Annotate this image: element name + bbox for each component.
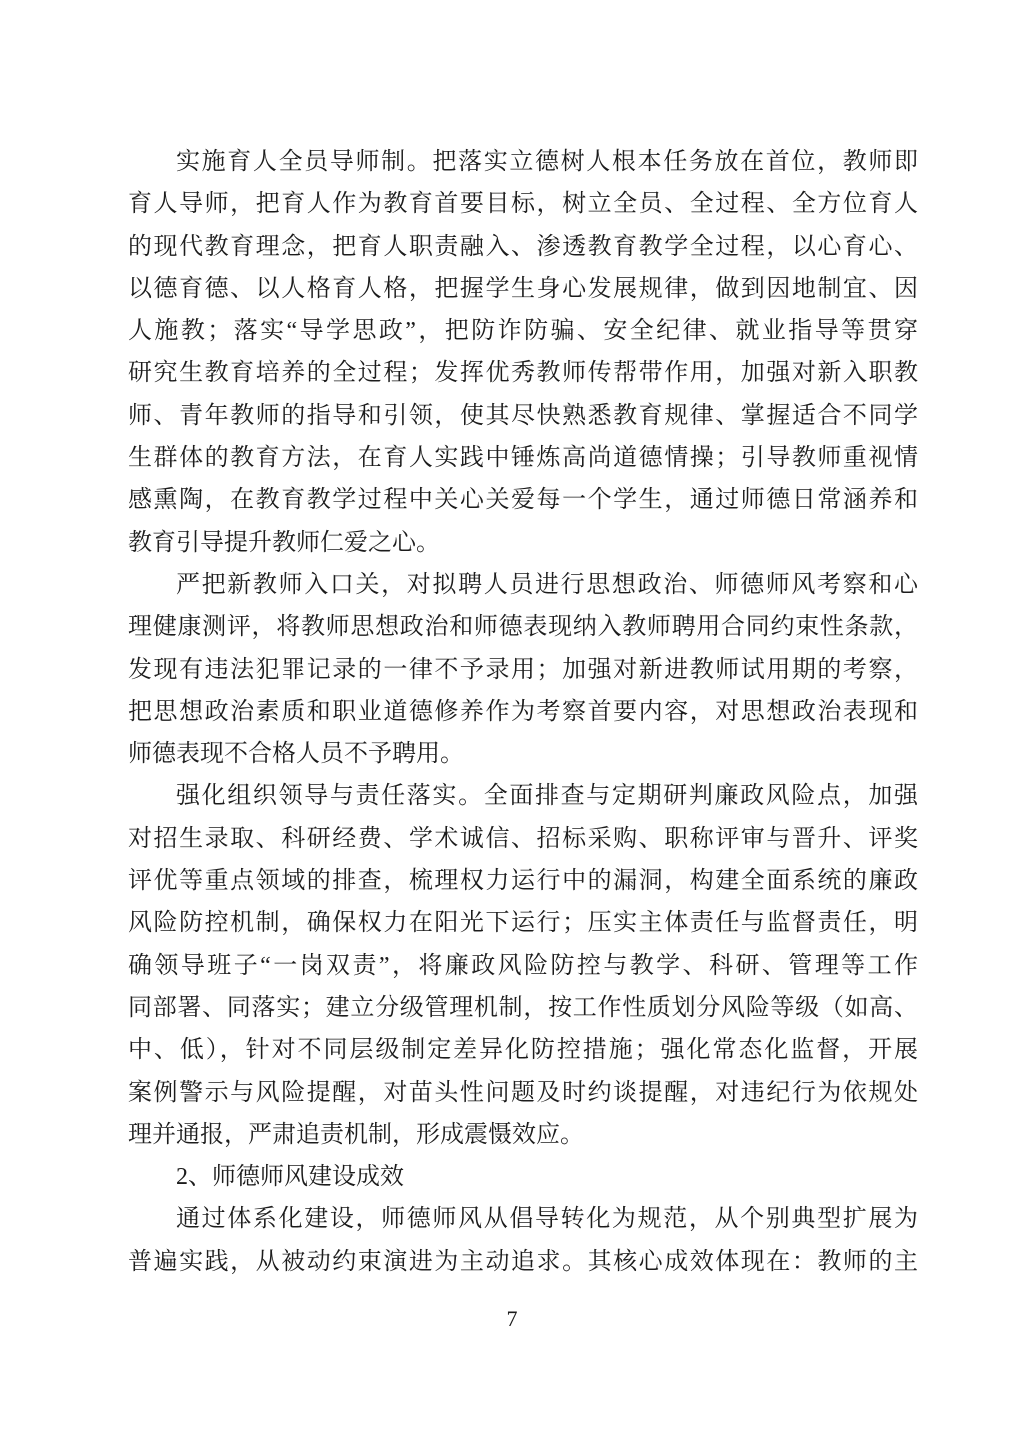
text-line: 把思想政治素质和职业道德修养作为考察首要内容，对思想政治表现和	[128, 691, 918, 733]
text-line: 普遍实践，从被动约束演进为主动追求。其核心成效体现在：教师的主	[128, 1241, 918, 1283]
section-heading: 2、师德师风建设成效	[128, 1156, 918, 1198]
text-line: 评优等重点领域的排查，梳理权力运行中的漏洞，构建全面系统的廉政	[128, 860, 918, 902]
paragraph: 通过体系化建设，师德师风从倡导转化为规范，从个别典型扩展为普遍实践，从被动约束演…	[128, 1198, 918, 1283]
document-body: 实施育人全员导师制。把落实立德树人根本任务放在首位，教师即育人导师，把育人作为教…	[128, 141, 918, 1283]
text-line: 通过体系化建设，师德师风从倡导转化为规范，从个别典型扩展为	[128, 1198, 918, 1240]
text-line: 师、青年教师的指导和引领，使其尽快熟悉教育规律、掌握适合不同学	[128, 395, 918, 437]
paragraph: 强化组织领导与责任落实。全面排查与定期研判廉政风险点，加强对招生录取、科研经费、…	[128, 775, 918, 1156]
text-line: 中、低），针对不同层级制定差异化防控措施；强化常态化监督，开展	[128, 1029, 918, 1071]
page-number: 7	[0, 1306, 1024, 1332]
heading-line: 2、师德师风建设成效	[128, 1156, 918, 1198]
text-line: 的现代教育理念，把育人职责融入、渗透教育教学全过程，以心育心、	[128, 226, 918, 268]
text-line: 风险防控机制，确保权力在阳光下运行；压实主体责任与监督责任，明	[128, 902, 918, 944]
text-line: 实施育人全员导师制。把落实立德树人根本任务放在首位，教师即	[128, 141, 918, 183]
text-line: 生群体的教育方法，在育人实践中锤炼高尚道德情操；引导教师重视情	[128, 437, 918, 479]
text-line: 感熏陶，在教育教学过程中关心关爱每一个学生，通过师德日常涵养和	[128, 479, 918, 521]
text-line: 确领导班子“一岗双责”，将廉政风险防控与教学、科研、管理等工作	[128, 945, 918, 987]
text-line: 发现有违法犯罪记录的一律不予录用；加强对新进教师试用期的考察，	[128, 649, 918, 691]
text-line: 师德表现不合格人员不予聘用。	[128, 733, 918, 775]
paragraph: 严把新教师入口关，对拟聘人员进行思想政治、师德师风考察和心理健康测评，将教师思想…	[128, 564, 918, 775]
document-page: 实施育人全员导师制。把落实立德树人根本任务放在首位，教师即育人导师，把育人作为教…	[0, 0, 1024, 1447]
text-line: 人施教；落实“导学思政”，把防诈防骗、安全纪律、就业指导等贯穿	[128, 310, 918, 352]
text-line: 严把新教师入口关，对拟聘人员进行思想政治、师德师风考察和心	[128, 564, 918, 606]
text-line: 同部署、同落实；建立分级管理机制，按工作性质划分风险等级（如高、	[128, 987, 918, 1029]
text-line: 强化组织领导与责任落实。全面排查与定期研判廉政风险点，加强	[128, 775, 918, 817]
text-line: 案例警示与风险提醒，对苗头性问题及时约谈提醒，对违纪行为依规处	[128, 1072, 918, 1114]
text-line: 研究生教育培养的全过程；发挥优秀教师传帮带作用，加强对新入职教	[128, 352, 918, 394]
text-line: 以德育德、以人格育人格，把握学生身心发展规律，做到因地制宜、因	[128, 268, 918, 310]
text-line: 理并通报，严肃追责机制，形成震慑效应。	[128, 1114, 918, 1156]
text-line: 理健康测评，将教师思想政治和师德表现纳入教师聘用合同约束性条款，	[128, 606, 918, 648]
text-line: 育人导师，把育人作为教育首要目标，树立全员、全过程、全方位育人	[128, 183, 918, 225]
text-line: 对招生录取、科研经费、学术诚信、招标采购、职称评审与晋升、评奖	[128, 818, 918, 860]
paragraph: 实施育人全员导师制。把落实立德树人根本任务放在首位，教师即育人导师，把育人作为教…	[128, 141, 918, 564]
text-line: 教育引导提升教师仁爱之心。	[128, 522, 918, 564]
